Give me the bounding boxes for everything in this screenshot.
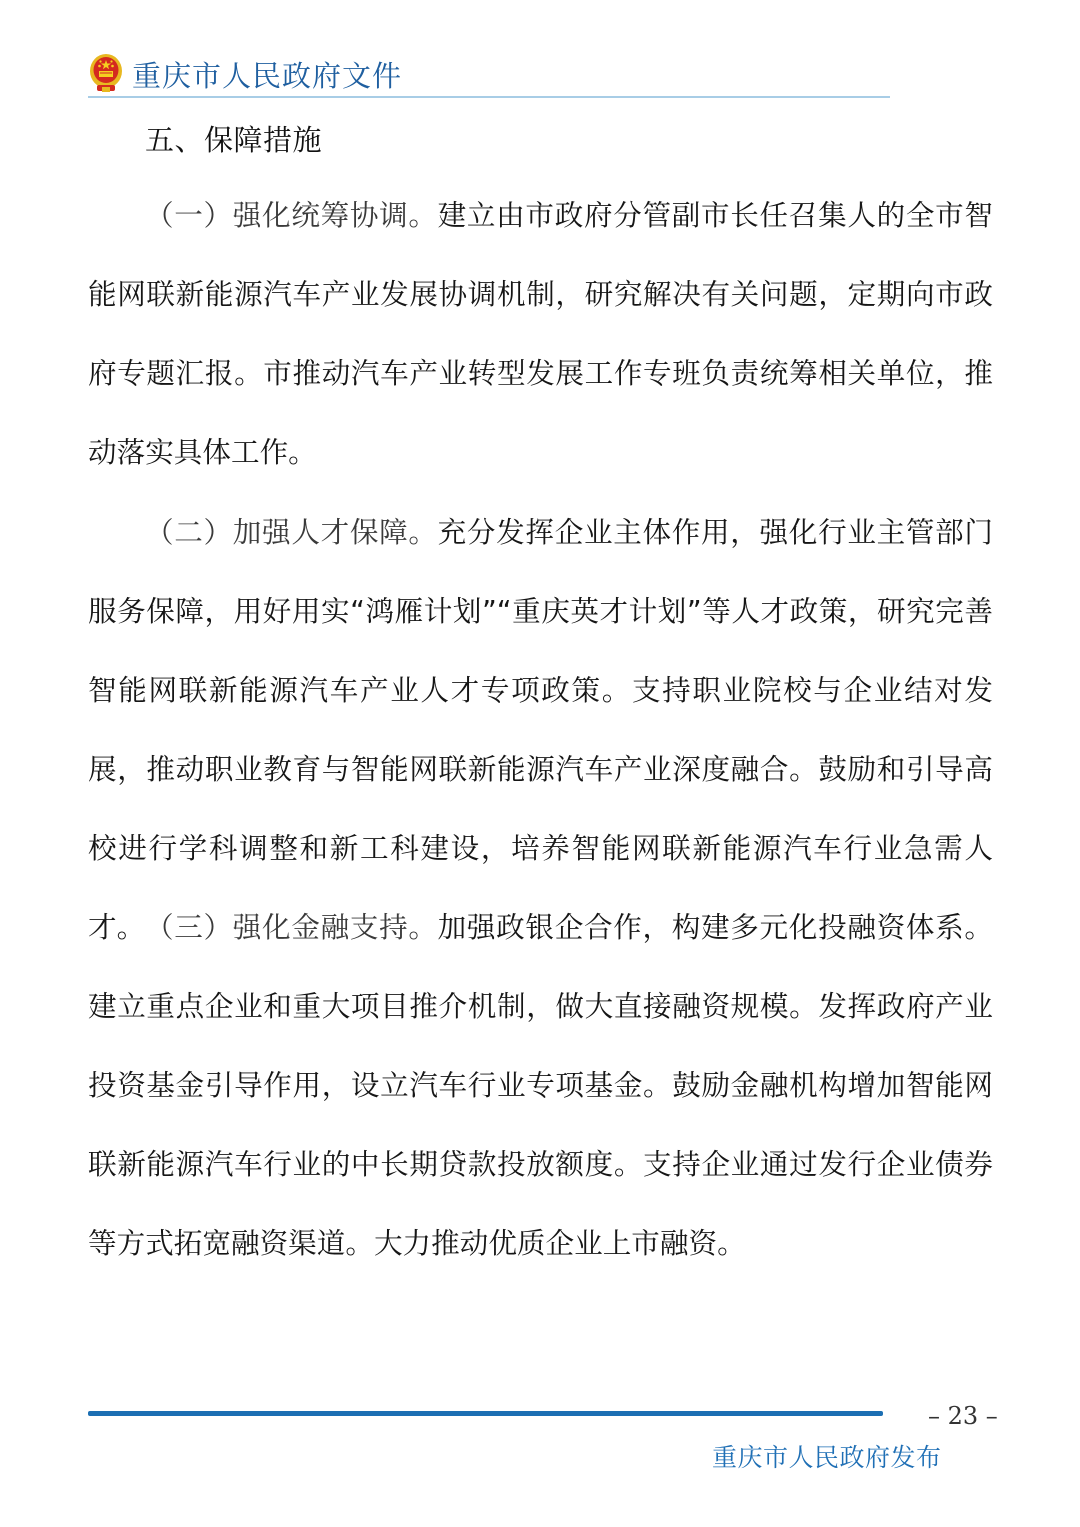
document-header: 重庆市人民政府文件 <box>88 50 890 98</box>
paragraph-text: 充分发挥企业主体作用，强化行业主管部门服务保障，用好用实“鸿雁计划”“重庆英才计… <box>88 515 993 944</box>
header-divider <box>88 96 890 98</box>
national-emblem-icon <box>88 52 124 94</box>
paragraph-1: （一）强化统筹协调。建立由市政府分管副市长任召集人的全市智能网联新能源汽车产业发… <box>88 176 993 492</box>
section-title: 五、保障措施 <box>145 118 322 159</box>
paragraph-lead: （一）强化统筹协调。 <box>145 198 438 232</box>
paragraph-text: 加强政银企合作，构建多元化投融资体系。建立重点企业和重大项目推介机制，做大直接融… <box>88 910 993 1260</box>
page-number: – 23 – <box>928 1402 998 1430</box>
paragraph-lead: （三）强化金融支持。 <box>145 910 438 944</box>
paragraph-3: （三）强化金融支持。加强政银企合作，构建多元化投融资体系。建立重点企业和重大项目… <box>88 888 993 1283</box>
footer-divider <box>88 1411 883 1416</box>
paragraph-text: 建立由市政府分管副市长任召集人的全市智能网联新能源汽车产业发展协调机制，研究解决… <box>88 198 993 469</box>
header-title: 重庆市人民政府文件 <box>132 54 402 95</box>
footer-publisher: 重庆市人民政府发布 <box>712 1438 942 1474</box>
paragraph-lead: （二）加强人才保障。 <box>145 515 438 549</box>
